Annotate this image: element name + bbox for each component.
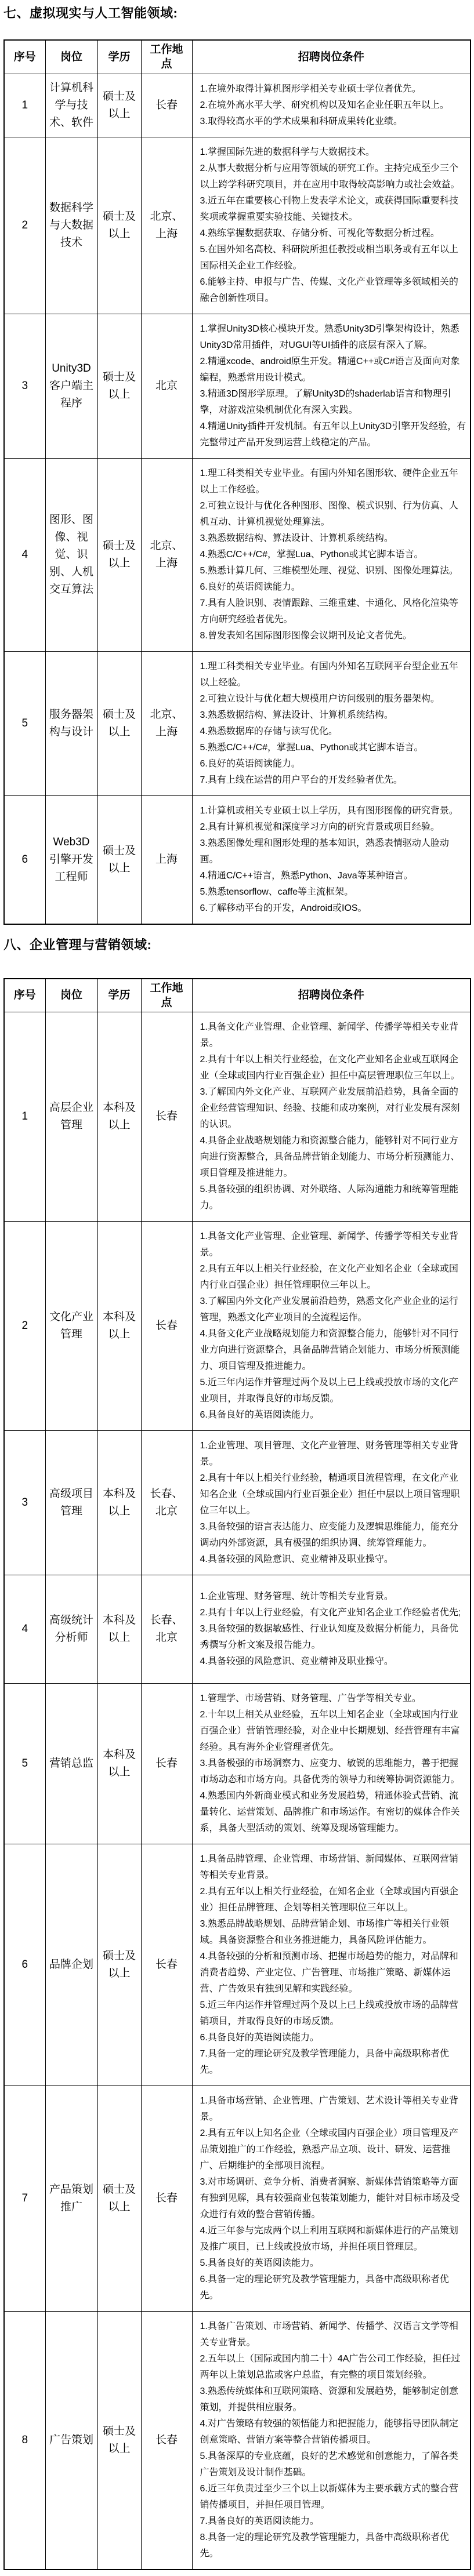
conditions-cell: 1.在境外取得计算机图形学相关专业硕士学位者优先。2.在境外高水平大学、研究机构… bbox=[192, 74, 471, 137]
table-row: 7产品策划推广硕士及以上长春1.具备市场营销、企业管理、广告策划、艺术设计等相关… bbox=[4, 2086, 471, 2312]
condition-item: 7.具备一定的理论研究及教学管理能力，具备中高级职称者优先。 bbox=[200, 2046, 467, 2079]
table-header-cell: 工作地点 bbox=[141, 979, 192, 1012]
condition-item: 5.熟悉tensorflow、caffe等主流框架。 bbox=[200, 884, 467, 900]
condition-item: 4.熟练掌握数据获取、存储分析、可视化等数据分析过程。 bbox=[200, 226, 467, 242]
condition-item: 2.十年以上相关从业经验，五年以上知名企业（全球或国内行业百强企业）营销管理经验… bbox=[200, 1707, 467, 1756]
conditions-cell: 1.管理学、市场营销、财务管理、广告学等相关专业。2.十年以上相关从业经验，五年… bbox=[192, 1684, 471, 1844]
condition-item: 1.企业管理、项目管理、文化产业管理、财务管理等相关专业背景。 bbox=[200, 1438, 467, 1470]
table-row: 2文化产业管理本科及以上长春1.具备文化产业管理、企业管理、新闻学、传播学等相关… bbox=[4, 1222, 471, 1431]
conditions-cell: 1.理工科类相关专业毕业。有国内外知名互联网平台型企业五年以上经验。2.可独立设… bbox=[192, 651, 471, 795]
location-cell: 北京、上海 bbox=[141, 458, 192, 651]
condition-item: 1.理工科类相关专业毕业。有国内外知名图形软、硬件企业五年以上工作经验。 bbox=[200, 466, 467, 498]
table-header-cell: 工作地点 bbox=[141, 40, 192, 74]
position-cell: 高级统计分析师 bbox=[45, 1575, 97, 1684]
conditions-cell: 1.具备市场营销、企业管理、广告策划、艺术设计等相关专业背景。2.具有五年以上知… bbox=[192, 2086, 471, 2312]
row-number-cell: 5 bbox=[4, 651, 45, 795]
condition-item: 6.了解移动平台的开发，Android或IOS。 bbox=[200, 900, 467, 917]
condition-item: 5.具备较强的组织协调、对外联络、人际沟通能力和统筹管理能力。 bbox=[200, 1182, 467, 1214]
condition-item: 1.掌握国际先进的数据科学与大数据技术。 bbox=[200, 144, 467, 161]
position-cell: Web3D引擎开发工程师 bbox=[45, 795, 97, 924]
condition-item: 2.具有十年以上行业经验，有文化产业知名企业工作经验者优先; bbox=[200, 1605, 467, 1621]
condition-item: 4.熟悉C/C++/C#，掌握Lua、Python或其它脚本语言。 bbox=[200, 547, 467, 563]
condition-item: 2.具有十年以上相关行业经验，在文化产业知名企业或互联网企业（全球或国内行业百强… bbox=[200, 1052, 467, 1084]
education-cell: 硕士及以上 bbox=[97, 795, 141, 924]
condition-item: 4.具备较强的风险意识、竞业精神及职业操守。 bbox=[200, 1552, 467, 1568]
location-cell: 长春 bbox=[141, 1684, 192, 1844]
condition-item: 2.精通xcode、android原生开发。精通C++或C#语言及面向对象编程，… bbox=[200, 354, 467, 386]
position-cell: 服务器架构与设计 bbox=[45, 651, 97, 795]
condition-item: 1.在境外取得计算机图形学相关专业硕士学位者优先。 bbox=[200, 81, 467, 97]
condition-item: 1.计算机或相关专业硕士以上学历，具有图形图像的研究背景。 bbox=[200, 803, 467, 819]
row-number-cell: 4 bbox=[4, 1575, 45, 1684]
condition-item: 3.近五年在重要核心刊物上发表学术论文，或获得国际重要科技奖项或掌握重要实验技能… bbox=[200, 193, 467, 226]
condition-item: 2.可独立设计与优化各种图形、图像、模式识别、行为仿真、人机互动、计算机视觉处理… bbox=[200, 498, 467, 531]
condition-item: 4.具备较强的风险意识、竞业精神及职业操守。 bbox=[200, 1654, 467, 1670]
table-row: 5营销总监本科及以上长春1.管理学、市场营销、财务管理、广告学等相关专业。2.十… bbox=[4, 1684, 471, 1844]
education-cell: 硕士及以上 bbox=[97, 137, 141, 314]
conditions-cell: 1.掌握Unity3D核心模块开发。熟悉Unity3D引擎架构设计，熟悉Unit… bbox=[192, 314, 471, 458]
condition-item: 6.具备良好的英语阅读能力。 bbox=[200, 1407, 467, 1423]
position-cell: 高层企业管理 bbox=[45, 1012, 97, 1222]
conditions-cell: 1.具备广告策划、市场营销、新闻学、传播学、汉语言文学等相关专业背景。2.五年以… bbox=[192, 2312, 471, 2570]
row-number-cell: 2 bbox=[4, 137, 45, 314]
table-row: 4高级统计分析师本科及以上长春、北京1.企业管理、财务管理、统计等相关专业背景。… bbox=[4, 1575, 471, 1684]
condition-item: 4.具备较强的分析和预测市场、把握市场趋势的能力，对品牌和消费者趋势、产业定位、… bbox=[200, 1949, 467, 1997]
header-row: 序号岗位学历工作地点招聘岗位条件 bbox=[4, 979, 471, 1012]
condition-item: 2.在境外高水平大学、研究机构以及知名企业任职五年以上。 bbox=[200, 97, 467, 114]
position-cell: 高级项目管理 bbox=[45, 1431, 97, 1575]
condition-item: 5.在国外知名高校、科研院所担任教授或相当职务或有五年以上国际相关企业工作经验。 bbox=[200, 242, 467, 274]
row-number-cell: 4 bbox=[4, 458, 45, 651]
education-cell: 本科及以上 bbox=[97, 1012, 141, 1222]
row-number-cell: 3 bbox=[4, 1431, 45, 1575]
condition-item: 2.五年以上（国际或国内前二十）4A广告公司工作经验，担任过两年以上策划总监或客… bbox=[200, 2351, 467, 2384]
education-cell: 本科及以上 bbox=[97, 1431, 141, 1575]
condition-item: 4.近三年参与完成两个以上利用互联网和新媒体进行的产品策划及推广项目，已上线或投… bbox=[200, 2223, 467, 2255]
conditions-cell: 1.具备文化产业管理、企业管理、新闻学、传播学等相关专业背景。2.具有十年以上相… bbox=[192, 1012, 471, 1222]
condition-item: 7.具备良好的英语阅读能力。 bbox=[200, 2513, 467, 2530]
table-row: 5服务器架构与设计硕士及以上北京、上海1.理工科类相关专业毕业。有国内外知名互联… bbox=[4, 651, 471, 795]
condition-item: 3.取得较高水平的学术成果和科研成果转化业绩。 bbox=[200, 114, 467, 130]
condition-item: 1.具备广告策划、市场营销、新闻学、传播学、汉语言文学等相关专业背景。 bbox=[200, 2319, 467, 2351]
condition-item: 3.了解国内外文化产业发展前沿趋势，熟悉文化产业企业的运行管理，熟悉文化产业项目… bbox=[200, 1294, 467, 1326]
condition-item: 2.具有五年以上相关行业经验，在文化产业知名企业（全球或国内行业百强企业）担任管… bbox=[200, 1261, 467, 1294]
table-header-cell: 学历 bbox=[97, 979, 141, 1012]
condition-item: 6.近三年负责过至少三个以上以新媒体为主要承载方式的整合营销传播项目，并担任项目… bbox=[200, 2481, 467, 2513]
row-number-cell: 1 bbox=[4, 1012, 45, 1222]
education-cell: 硕士及以上 bbox=[97, 74, 141, 137]
table-row: 3高级项目管理本科及以上长春、北京1.企业管理、项目管理、文化产业管理、财务管理… bbox=[4, 1431, 471, 1575]
condition-item: 8.具备一定的理论研究及教学管理能力，具备中高级职称者优先。 bbox=[200, 2530, 467, 2562]
location-cell: 长春 bbox=[141, 1222, 192, 1431]
condition-item: 5.具备深厚的专业底蕴，良好的艺术感觉和创意能力，了解各类广告策划及设计制作基础… bbox=[200, 2448, 467, 2481]
recruitment-table-2: 序号岗位学历工作地点招聘岗位条件 1高层企业管理本科及以上长春1.具备文化产业管… bbox=[3, 978, 471, 2571]
condition-item: 3.熟悉传统媒体和互联网策略、资源和发展趋势，能够制定创意策划，并提供相应服务。 bbox=[200, 2384, 467, 2416]
row-number-cell: 5 bbox=[4, 1684, 45, 1844]
conditions-cell: 1.企业管理、财务管理、统计等相关专业背景。2.具有十年以上行业经验，有文化产业… bbox=[192, 1575, 471, 1684]
location-cell: 长春、北京 bbox=[141, 1431, 192, 1575]
table-row: 8广告策划硕士及以上长春1.具备广告策划、市场营销、新闻学、传播学、汉语言文学等… bbox=[4, 2312, 471, 2570]
condition-item: 4.具备文化产业战略规划能力和资源整合能力，能够针对不同行业方向进行资源整合，具… bbox=[200, 1326, 467, 1375]
table-header-cell: 序号 bbox=[4, 979, 45, 1012]
condition-item: 1.具备品牌管理、企业管理、市场营销、新闻媒体、互联网营销等相关专业背景。 bbox=[200, 1851, 467, 1884]
table-1-body: 1计算机科学与技术、软件硕士及以上长春1.在境外取得计算机图形学相关专业硕士学位… bbox=[4, 74, 471, 924]
table-1-header: 序号岗位学历工作地点招聘岗位条件 bbox=[4, 40, 471, 74]
position-cell: 品牌企划 bbox=[45, 1844, 97, 2086]
condition-item: 1.管理学、市场营销、财务管理、广告学等相关专业。 bbox=[200, 1691, 467, 1707]
table-row: 1高层企业管理本科及以上长春1.具备文化产业管理、企业管理、新闻学、传播学等相关… bbox=[4, 1012, 471, 1222]
location-cell: 长春 bbox=[141, 1844, 192, 2086]
table-row: 6Web3D引擎开发工程师硕士及以上上海1.计算机或相关专业硕士以上学历，具有图… bbox=[4, 795, 471, 924]
condition-item: 2.从事大数据分析与应用等领域的研究工作。主持完成至少三个以上跨学科研究项目，并… bbox=[200, 161, 467, 193]
location-cell: 长春 bbox=[141, 2312, 192, 2570]
condition-item: 4.熟悉国内外新商业模式和业务发展趋势，精通体验式营销、流量转化、运营策划、品牌… bbox=[200, 1788, 467, 1837]
table-header-cell: 岗位 bbox=[45, 40, 97, 74]
condition-item: 8.曾发表知名国际图形图像会议期刊及论文者优先。 bbox=[200, 628, 467, 644]
conditions-cell: 1.计算机或相关专业硕士以上学历，具有图形图像的研究背景。2.具有计算机视觉和深… bbox=[192, 795, 471, 924]
condition-item: 1.企业管理、财务管理、统计等相关专业背景。 bbox=[200, 1589, 467, 1605]
education-cell: 本科及以上 bbox=[97, 1684, 141, 1844]
condition-item: 6.具备一定的理论研究及教学管理能力，具备中高级职称者优先。 bbox=[200, 2272, 467, 2304]
location-cell: 上海 bbox=[141, 795, 192, 924]
condition-item: 7.具有人脸识别、表情跟踪、三维重建、卡通化、风格化渲染等方向研究经验者优先。 bbox=[200, 595, 467, 628]
table-row: 6品牌企划硕士及以上长春1.具备品牌管理、企业管理、市场营销、新闻媒体、互联网营… bbox=[4, 1844, 471, 2086]
location-cell: 长春 bbox=[141, 1012, 192, 1222]
education-cell: 硕士及以上 bbox=[97, 1844, 141, 2086]
education-cell: 硕士及以上 bbox=[97, 314, 141, 458]
condition-item: 7.具有上线在运营的用户平台的开发经验者优先。 bbox=[200, 772, 467, 789]
condition-item: 3.具备极强的市场洞察力、应变力、敏锐的思维能力，善于把握市场动态和市场方向。具… bbox=[200, 1756, 467, 1788]
location-cell: 长春、北京 bbox=[141, 1575, 192, 1684]
condition-item: 2.具有十年以上相关行业经验，精通项目流程管理，在文化产业知名企业（全球或国内行… bbox=[200, 1470, 467, 1519]
condition-item: 5.近三年内运作并管理过两个及以上已上线或投放市场的文化产业项目，并取得良好的市… bbox=[200, 1375, 467, 1407]
table-header-cell: 招聘岗位条件 bbox=[192, 979, 471, 1012]
education-cell: 硕士及以上 bbox=[97, 458, 141, 651]
condition-item: 3.熟悉数据结构、算法设计、计算机系统结构。 bbox=[200, 531, 467, 547]
position-cell: 产品策划推广 bbox=[45, 2086, 97, 2312]
conditions-cell: 1.具备品牌管理、企业管理、市场营销、新闻媒体、互联网营销等相关专业背景。2.具… bbox=[192, 1844, 471, 2086]
conditions-cell: 1.企业管理、项目管理、文化产业管理、财务管理等相关专业背景。2.具有十年以上相… bbox=[192, 1431, 471, 1575]
condition-item: 4.精通Unity插件开发机制。有五年以上Unity3D引擎开发经验，有完整带过… bbox=[200, 419, 467, 451]
condition-item: 2.可独立设计与优化超大规模用户访问级别的服务器架构。 bbox=[200, 691, 467, 707]
education-cell: 硕士及以上 bbox=[97, 2312, 141, 2570]
condition-item: 4.对广告策略有较强的领悟能力和把握能力，能够指导团队制定创意策略、营销方案等整… bbox=[200, 2416, 467, 2448]
condition-item: 6.能够主持、申报与广告、传媒、文化产业管理等多领域相关的融合创新性项目。 bbox=[200, 274, 467, 307]
condition-item: 1.具备文化产业管理、企业管理、新闻学、传播学等相关专业背景。 bbox=[200, 1019, 467, 1052]
position-cell: Unity3D客户端主程序 bbox=[45, 314, 97, 458]
recruitment-table-1: 序号岗位学历工作地点招聘岗位条件 1计算机科学与技术、软件硕士及以上长春1.在境… bbox=[3, 39, 471, 925]
location-cell: 长春 bbox=[141, 74, 192, 137]
condition-item: 5.近三年内运作并管理过两个及以上已上线或投放市场的品牌营销项目，并取得良好的市… bbox=[200, 1997, 467, 2030]
table-row: 3Unity3D客户端主程序硕士及以上北京1.掌握Unity3D核心模块开发。熟… bbox=[4, 314, 471, 458]
position-cell: 营销总监 bbox=[45, 1684, 97, 1844]
condition-item: 2.具有计算机视觉和深度学习方向的研究背景或项目经验。 bbox=[200, 819, 467, 835]
position-cell: 图形、图像、视觉、识别、人机交互算法 bbox=[45, 458, 97, 651]
condition-item: 3.熟悉图像处理和图形处理的基本知识，熟悉表情驱动人脸动画。 bbox=[200, 835, 467, 868]
condition-item: 3.具备较强的语言表达能力、应变能力及逻辑思维能力，能充分调动内外部资源，具有极… bbox=[200, 1519, 467, 1552]
condition-item: 2.具有五年以上知名企业（全球或国内百强企业）项目管理及产品策划推广的工作经验，… bbox=[200, 2126, 467, 2174]
condition-item: 4.熟悉数据库的存储与读写优化。 bbox=[200, 724, 467, 740]
table-2-body: 1高层企业管理本科及以上长春1.具备文化产业管理、企业管理、新闻学、传播学等相关… bbox=[4, 1012, 471, 2570]
conditions-cell: 1.掌握国际先进的数据科学与大数据技术。2.从事大数据分析与应用等领域的研究工作… bbox=[192, 137, 471, 314]
education-cell: 硕士及以上 bbox=[97, 651, 141, 795]
row-number-cell: 7 bbox=[4, 2086, 45, 2312]
section-8-title: 八、企业管理与营销领域: bbox=[3, 936, 471, 954]
table-header-cell: 学历 bbox=[97, 40, 141, 74]
condition-item: 2.具有五年以上相关行业经验，在知名企业（全球或国内百强企业）担任品牌管理、企划… bbox=[200, 1884, 467, 1916]
location-cell: 北京、上海 bbox=[141, 651, 192, 795]
condition-item: 4.具备企业战略规划能力和资源整合能力，能够针对不同行业方向进行资源整合，具备品… bbox=[200, 1133, 467, 1182]
education-cell: 硕士及以上 bbox=[97, 2086, 141, 2312]
condition-item: 6.良好的英语阅读能力。 bbox=[200, 756, 467, 772]
condition-item: 5.熟悉计算几何、三维模型处理、视觉、识别、图像处理算法。 bbox=[200, 563, 467, 579]
row-number-cell: 6 bbox=[4, 1844, 45, 2086]
table-header-cell: 岗位 bbox=[45, 979, 97, 1012]
condition-item: 6.良好的英语阅读能力。 bbox=[200, 579, 467, 595]
condition-item: 1.理工科类相关专业毕业。有国内外知名互联网平台型企业五年以上经验。 bbox=[200, 659, 467, 691]
condition-item: 3.熟悉品牌战略规划、品牌营销企划、市场推广等相关行业领域。具备资源整合和业务推… bbox=[200, 1916, 467, 1949]
table-row: 4图形、图像、视觉、识别、人机交互算法硕士及以上北京、上海1.理工科类相关专业毕… bbox=[4, 458, 471, 651]
row-number-cell: 6 bbox=[4, 795, 45, 924]
condition-item: 3.了解国内外文化产业、互联网产业发展前沿趋势，具备全面的企业经营管理知识、经验… bbox=[200, 1084, 467, 1133]
table-header-cell: 序号 bbox=[4, 40, 45, 74]
position-cell: 数据科学与大数据技术 bbox=[45, 137, 97, 314]
row-number-cell: 8 bbox=[4, 2312, 45, 2570]
row-number-cell: 2 bbox=[4, 1222, 45, 1431]
condition-item: 1.具备市场营销、企业管理、广告策划、艺术设计等相关专业背景。 bbox=[200, 2093, 467, 2126]
location-cell: 北京、上海 bbox=[141, 137, 192, 314]
position-cell: 计算机科学与技术、软件 bbox=[45, 74, 97, 137]
table-header-cell: 招聘岗位条件 bbox=[192, 40, 471, 74]
education-cell: 本科及以上 bbox=[97, 1575, 141, 1684]
condition-item: 3.对市场调研、竞争分析、消费者洞察、新媒体营销策略等方面有独到见解，具有较强商… bbox=[200, 2174, 467, 2223]
condition-item: 5.熟悉C/C++/C#，掌握Lua、Python或其它脚本语言。 bbox=[200, 740, 467, 756]
location-cell: 长春 bbox=[141, 2086, 192, 2312]
education-cell: 本科及以上 bbox=[97, 1222, 141, 1431]
conditions-cell: 1.具备文化产业管理、企业管理、新闻学、传播学等相关专业背景。2.具有五年以上相… bbox=[192, 1222, 471, 1431]
position-cell: 文化产业管理 bbox=[45, 1222, 97, 1431]
document-page: 七、虚拟现实与人工智能领域: 序号岗位学历工作地点招聘岗位条件 1计算机科学与技… bbox=[0, 0, 474, 2576]
section-7-title: 七、虚拟现实与人工智能领域: bbox=[3, 5, 471, 22]
condition-item: 6.具备良好的英语阅读能力。 bbox=[200, 2030, 467, 2046]
position-cell: 广告策划 bbox=[45, 2312, 97, 2570]
condition-item: 1.具备文化产业管理、企业管理、新闻学、传播学等相关专业背景。 bbox=[200, 1229, 467, 1261]
condition-item: 3.精通3D图形学原理。了解Unity3D的shaderlab语言和物理引擎，对… bbox=[200, 386, 467, 419]
row-number-cell: 3 bbox=[4, 314, 45, 458]
row-number-cell: 1 bbox=[4, 74, 45, 137]
table-row: 1计算机科学与技术、软件硕士及以上长春1.在境外取得计算机图形学相关专业硕士学位… bbox=[4, 74, 471, 137]
condition-item: 1.掌握Unity3D核心模块开发。熟悉Unity3D引擎架构设计，熟悉Unit… bbox=[200, 321, 467, 354]
conditions-cell: 1.理工科类相关专业毕业。有国内外知名图形软、硬件企业五年以上工作经验。2.可独… bbox=[192, 458, 471, 651]
location-cell: 北京 bbox=[141, 314, 192, 458]
condition-item: 3.熟悉数据结构、算法设计、计算机系统结构。 bbox=[200, 707, 467, 724]
condition-item: 5.具备良好的英语阅读能力。 bbox=[200, 2255, 467, 2272]
table-2-header: 序号岗位学历工作地点招聘岗位条件 bbox=[4, 979, 471, 1012]
condition-item: 4.精通C/C++语言，熟悉Python、Java等某种语言。 bbox=[200, 868, 467, 884]
condition-item: 3.具备较强的数据敏感性、行业认知度及数据分析能力，具备优秀撰写分析文案及报告能… bbox=[200, 1621, 467, 1654]
header-row: 序号岗位学历工作地点招聘岗位条件 bbox=[4, 40, 471, 74]
table-row: 2数据科学与大数据技术硕士及以上北京、上海1.掌握国际先进的数据科学与大数据技术… bbox=[4, 137, 471, 314]
